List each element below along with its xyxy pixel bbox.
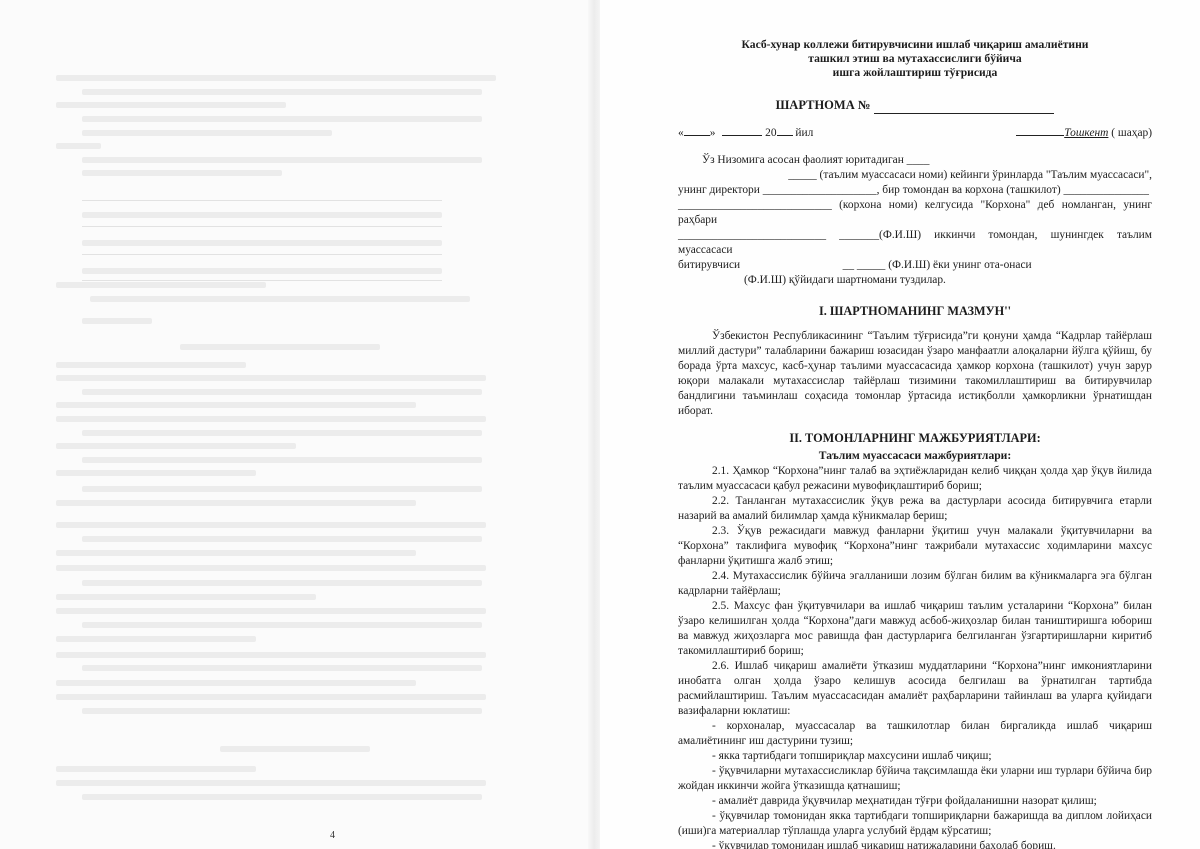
obligation-item: 2.4. Мутахассислик бўйича эгалланиши лоз… [678,569,1152,599]
obligation-item: 2.2. Танланган мутахассислик ўқув режа в… [678,494,1152,524]
title-line-3: ишга жойлаштириш тўғрисида [678,66,1152,80]
duty-bullet: - ўқувчилар томонидан якка тартибдаги то… [678,809,1152,839]
document-title: Касб-хунар коллежи битирувчисини ишлаб ч… [678,38,1152,80]
section-2-subtitle: Таълим муассасаси мажбуриятлари: [678,448,1152,463]
duty-bullet: - ўқувчиларни мутахассисликлар бўйича та… [678,764,1152,794]
left-page: 4 [0,0,600,849]
section-2-title: II. ТОМОНЛАРНИНГ МАЖБУРИЯТЛАРИ: [678,431,1152,446]
duty-bullet: - якка тартибдаги топшириқлар махсусини … [678,749,1152,764]
obligation-item: 2.3. Ўқув режасидаги мавжуд фанларни ўқи… [678,524,1152,569]
page-fold-shadow [588,0,600,849]
left-page-number: 4 [330,830,335,841]
duty-bullet: - ўқувчилар томонидан ишлаб чиқариш нати… [678,839,1152,849]
contract-city: Тошкент ( шаҳар) [1016,124,1152,141]
obligations-list: 2.1. Ҳамкор “Корхона”нинг талаб ва эҳтиё… [678,464,1152,719]
parties-block: Ўз Низомига асосан фаолият юритадиган __… [678,153,1152,288]
city-name: Тошкент [1064,127,1108,139]
right-page: Касб-хунар коллежи битирувчисини ишлаб ч… [600,0,1200,849]
obligation-item: 2.1. Ҳамкор “Корхона”нинг талаб ва эҳтиё… [678,464,1152,494]
obligation-item: 2.5. Махсус фан ўқитувчилари ва ишлаб чи… [678,599,1152,659]
contract-document: Касб-хунар коллежи битирувчисини ишлаб ч… [678,38,1152,849]
right-page-number: 1 [928,828,933,839]
month-blank [722,124,762,136]
section-1-text: Ўзбекистон Республикасининг “Таълим тўғр… [678,329,1152,419]
title-line-2: ташкил этиш ва мутахассислиги бўйича [678,52,1152,66]
contract-number: ШАРТНОМА № [678,98,1152,114]
day-blank [684,124,710,136]
title-line-1: Касб-хунар коллежи битирувчисини ишлаб ч… [678,38,1152,52]
duties-list: - корхоналар, муассасалар ва ташкилотлар… [678,719,1152,849]
year-blank [777,124,793,136]
duty-bullet: - корхоналар, муассасалар ва ташкилотлар… [678,719,1152,749]
date-city-row: «» 20 йил Тошкент ( шаҳар) [678,124,1152,141]
contract-number-blank [874,98,1054,114]
contract-date: «» 20 йил [678,124,813,141]
obligation-item: 2.6. Ишлаб чиқариш амалиёти ўтказиш мудд… [678,659,1152,719]
duty-bullet: - амалиёт даврида ўқувчилар меҳнатидан т… [678,794,1152,809]
section-1-title: I. ШАРТНОМАНИНГ МАЗМУН'' [678,304,1152,319]
